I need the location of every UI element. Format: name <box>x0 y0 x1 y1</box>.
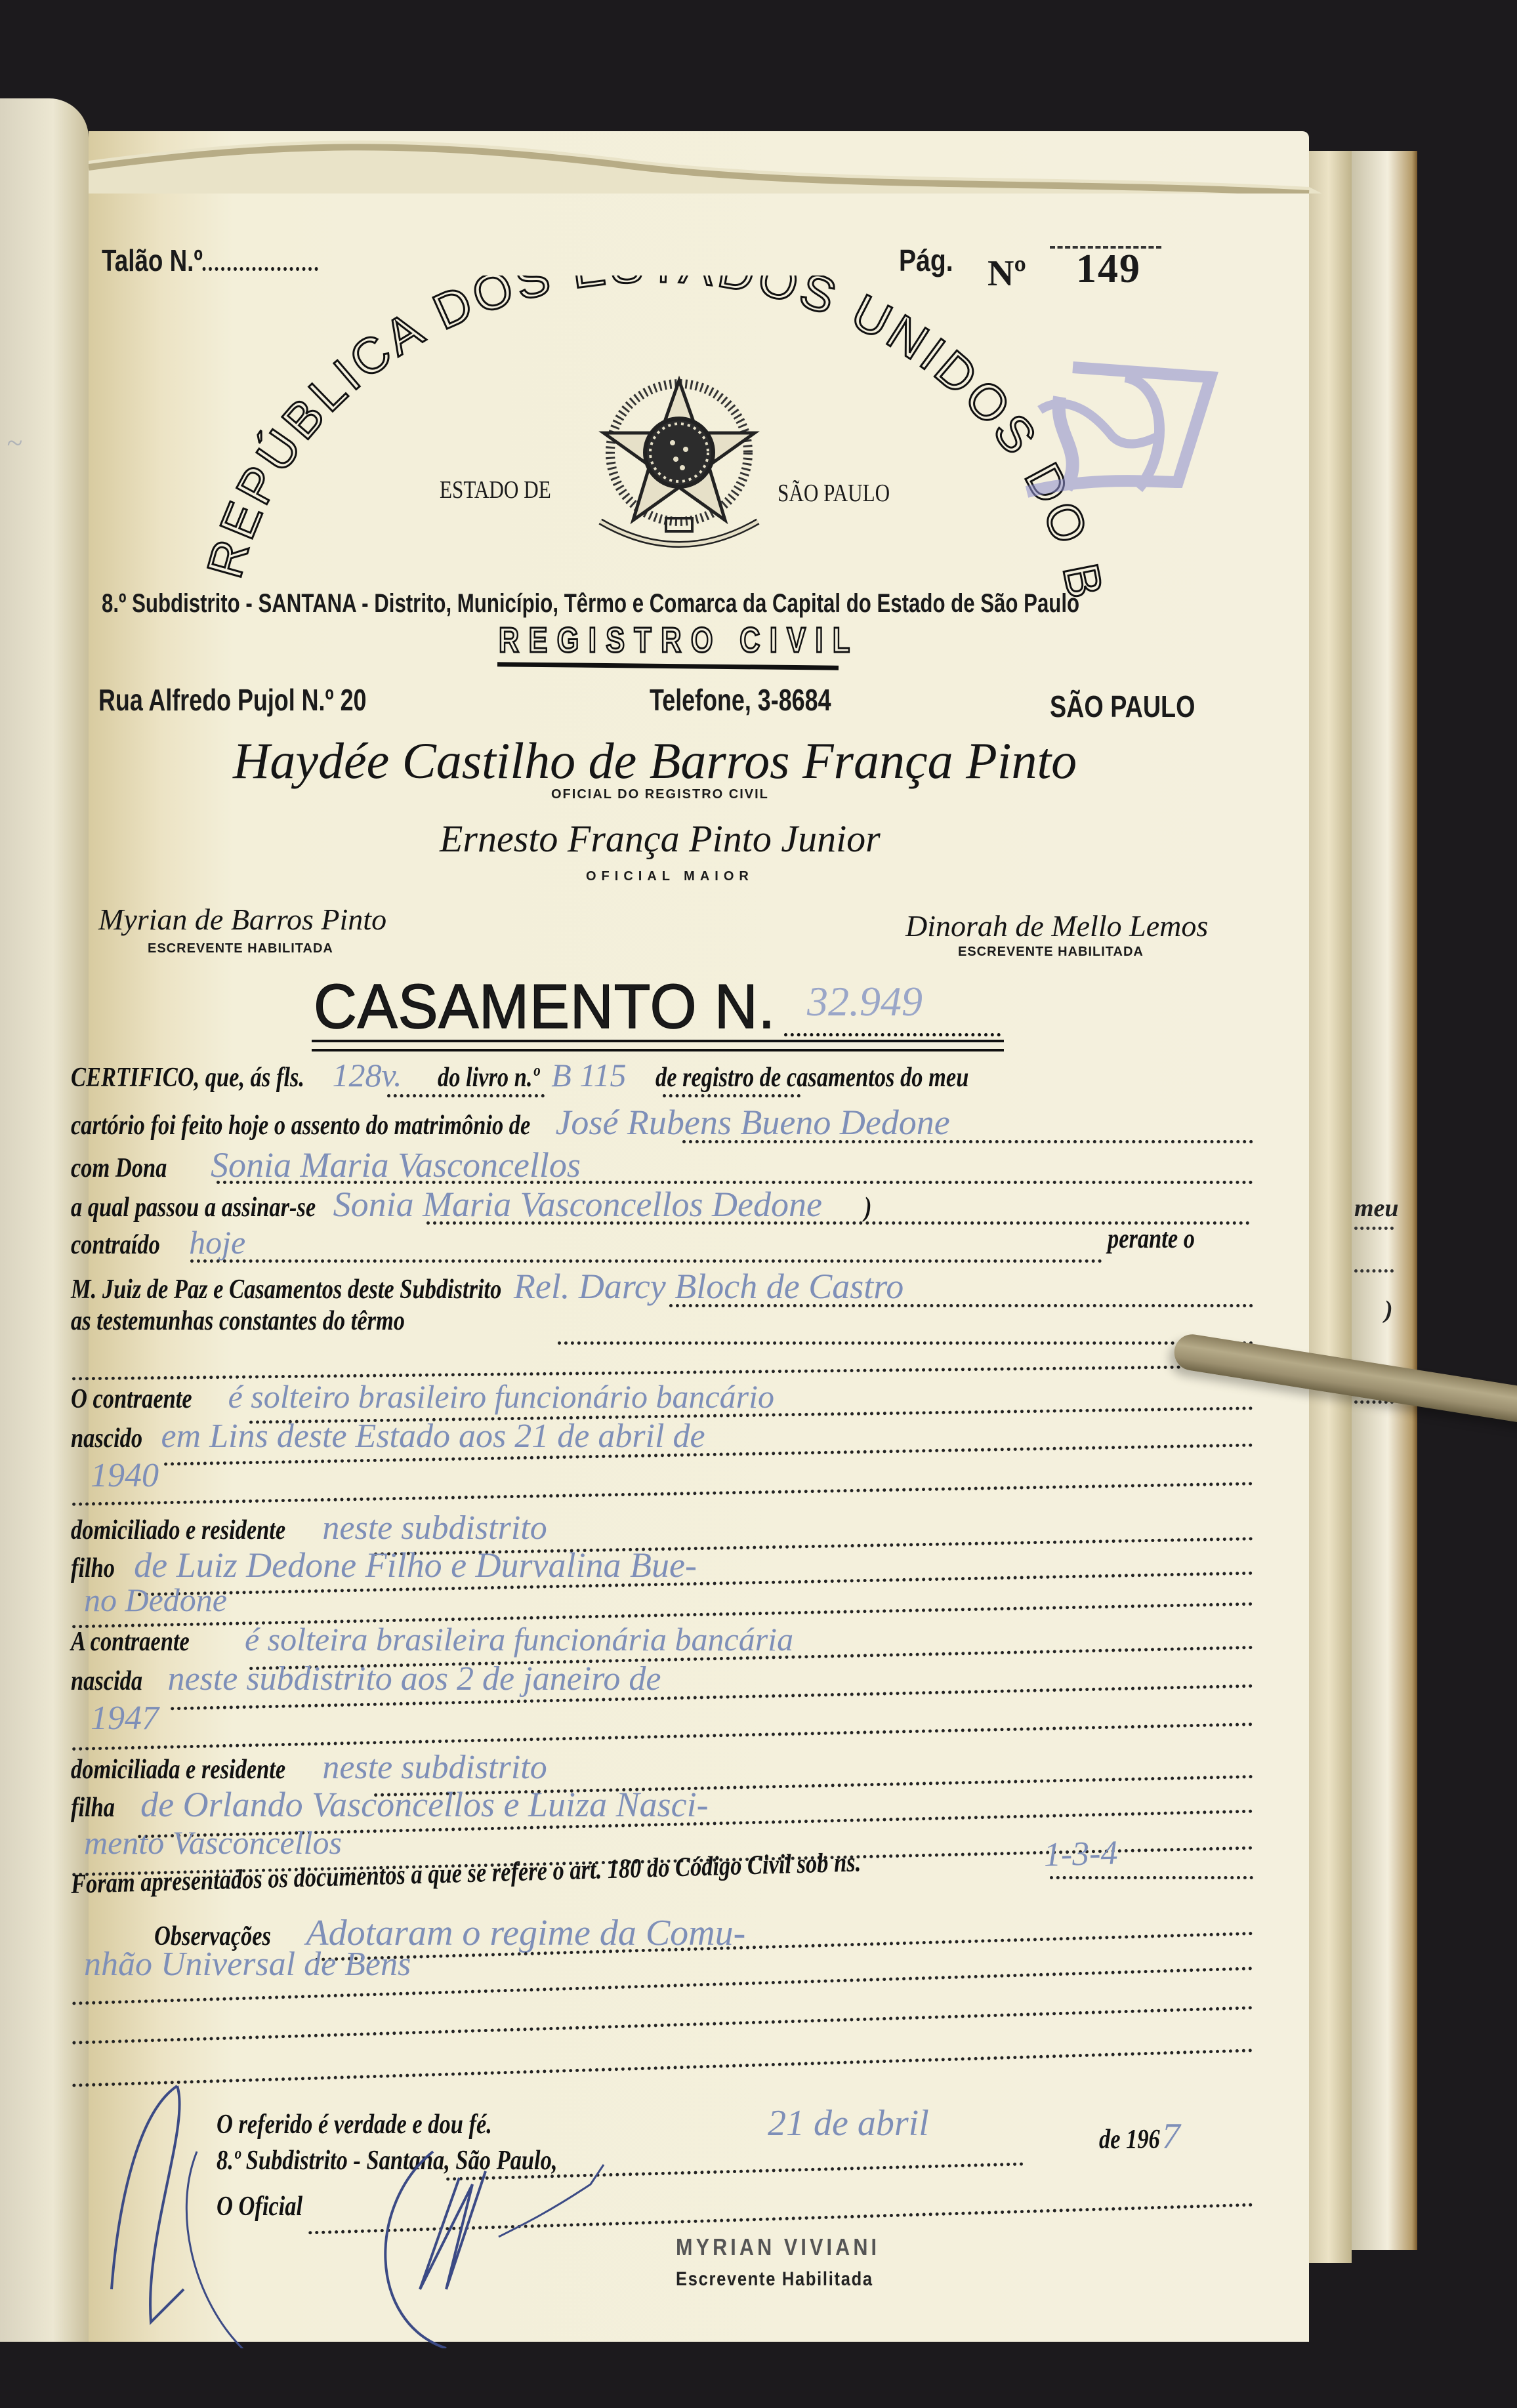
bride-parents-value: de Orlando Vasconcellos e Luiza Nasci- <box>140 1785 708 1824</box>
registro-civil-title: REGISTRO CIVIL <box>499 620 860 661</box>
fls-dotline <box>387 1094 545 1097</box>
oficial-maior-title: OFICIAL MAIOR <box>586 869 754 884</box>
nascida-label: nascida <box>71 1665 142 1697</box>
talao-dotline <box>203 267 318 271</box>
documentos-value: 1-3-4 <box>1043 1834 1118 1873</box>
subdistrito-header-line: 8.º Subdistrito - SANTANA - Distrito, Mu… <box>102 589 1079 619</box>
right-page-edge-inner <box>1306 151 1352 2263</box>
line-cartorio: cartório foi feito hoje o assento do mat… <box>71 1102 950 1141</box>
juiz-dotline <box>669 1304 1253 1307</box>
estado-de-label: ESTADO DE <box>440 476 551 504</box>
coat-of-arms-icon <box>594 371 764 561</box>
documentos-dotline <box>1050 1876 1253 1879</box>
adjacent-fragment: meu <box>1354 1194 1399 1223</box>
line-com-dona: com Dona Sonia Maria Vasconcellos <box>71 1145 581 1184</box>
line-date-value: 21 de abril <box>768 2102 929 2142</box>
bride-parents-cont-value: mento Vasconcellos <box>84 1824 342 1861</box>
line-certifico: CERTIFICO, que, ás fls. 128v. do livro n… <box>71 1056 1037 1095</box>
casamento-number: 32.949 <box>807 977 923 1026</box>
bride-birth-value: neste subdistrito aos 2 de janeiro de <box>167 1660 661 1698</box>
line-o-contraente: O contraente é solteiro brasileiro funci… <box>71 1377 774 1417</box>
line-groom-parents-cont: no Dedone <box>71 1581 227 1620</box>
line-groom-birth-year: 1940 <box>71 1456 159 1496</box>
livro-value: B 115 <box>551 1057 626 1093</box>
juiz-value: Rel. Darcy Bloch de Castro <box>514 1267 904 1306</box>
line-nascido: nascido em Lins deste Estado aos 21 de a… <box>71 1417 705 1456</box>
filho-label: filho <box>71 1553 115 1584</box>
com-dona-label: com Dona <box>71 1153 167 1184</box>
line-filho: filho de Luiz Dedone Filho e Durvalina B… <box>71 1545 697 1584</box>
groom-name-value: José Rubens Bueno Dedone <box>555 1103 949 1142</box>
line-nascida: nascida neste subdistrito aos 2 de janei… <box>71 1660 661 1699</box>
domiciliado-label: domiciliado e residente <box>71 1515 285 1546</box>
line-contraido: contraído hoje perante o <box>71 1223 245 1263</box>
registro-casamentos-label: de registro de casamentos do meu <box>655 1062 968 1093</box>
groom-birth-year-value: 1940 <box>91 1457 159 1494</box>
close-paren: ) <box>864 1192 871 1223</box>
adjacent-dots <box>1354 1227 1394 1230</box>
line-observacoes-cont: nhão Universal de Bens <box>71 1945 411 1984</box>
line-testemunhas: as testemunhas constantes do têrmo <box>71 1305 478 1345</box>
juiz-label: M. Juiz de Paz e Casamentos deste Subdis… <box>71 1274 501 1305</box>
escrevente-2-name: Dinorah de Mello Lemos <box>905 908 1208 943</box>
livro-dotline <box>663 1094 800 1097</box>
bride-status-value: é solteira brasileira funcionária bancár… <box>245 1621 793 1658</box>
telephone-label: Telefone, 3-8684 <box>650 682 831 718</box>
de-196-label: de 196 <box>1099 2124 1160 2155</box>
talao-field: Talão N.º <box>102 243 318 278</box>
line-domiciliada: domiciliada e residente neste subdistrit… <box>71 1748 547 1787</box>
casamento-double-rule <box>312 1040 1004 1051</box>
stamp-name: MYRIAN VIVIANI <box>676 2234 880 2261</box>
line-qual-passou: a qual passou a assinar-se Sonia Maria V… <box>71 1184 873 1223</box>
year-digit-value: 7 <box>1162 2116 1180 2157</box>
line-filha: filha de Orlando Vasconcellos e Luiza Na… <box>71 1784 709 1824</box>
bride-new-name-value: Sonia Maria Vasconcellos Dedone <box>333 1185 822 1224</box>
fls-value: 128v. <box>333 1057 402 1093</box>
groom-birth-value: em Lins deste Estado aos 21 de abril de <box>161 1418 705 1455</box>
date-value: 21 de abril <box>768 2103 929 2144</box>
bride-birth-year-value: 1947 <box>91 1700 159 1737</box>
address-label: Rua Alfredo Pujol N.º 20 <box>98 682 367 718</box>
bride-name-value: Sonia Maria Vasconcellos <box>211 1145 581 1185</box>
page-curl-edge <box>89 121 1322 194</box>
line-domiciliado: domiciliado e residente neste subdistrit… <box>71 1509 547 1548</box>
line-de-196: de 196 7 <box>1099 2115 1180 2155</box>
casamento-title: CASAMENTO N. <box>314 971 776 1043</box>
sao-paulo-header-label: SÃO PAULO <box>778 479 890 508</box>
domiciliada-label: domiciliada e residente <box>71 1754 285 1786</box>
handwritten-signatures <box>92 2073 682 2348</box>
purple-seal-stamp-icon <box>1014 357 1257 502</box>
oficial-title: OFICIAL DO REGISTRO CIVIL <box>551 787 769 802</box>
line-a-contraente: A contraente é solteira brasileira funci… <box>71 1620 793 1660</box>
groom-parents-cont-value: no Dedone <box>84 1582 227 1618</box>
escrevente-1-title: ESCREVENTE HABILITADA <box>148 941 333 956</box>
pag-label: Pág. <box>899 243 953 278</box>
escrevente-1-name: Myrian de Barros Pinto <box>98 902 386 937</box>
perante-label: perante o <box>1108 1223 1195 1255</box>
observacoes-cont-value: nhão Universal de Bens <box>84 1946 411 1983</box>
do-livro-label: do livro n.º <box>438 1062 539 1093</box>
groom-parents-value: de Luiz Dedone Filho e Durvalina Bue- <box>134 1545 697 1585</box>
escrevente-2-title: ESCREVENTE HABILITADA <box>958 945 1144 960</box>
groom-status-value: é solteiro brasileiro funcionário bancár… <box>228 1378 774 1415</box>
line-juiz: M. Juiz de Paz e Casamentos deste Subdis… <box>71 1266 904 1305</box>
oficial-maior-name: Ernesto França Pinto Junior <box>440 817 881 861</box>
oficial-name: Haydée Castilho de Barros França Pinto <box>233 731 1077 790</box>
groom-dotline <box>682 1140 1253 1143</box>
filha-label: filha <box>71 1792 115 1824</box>
contraido-label: contraído <box>71 1229 160 1261</box>
cartorio-label: cartório foi feito hoje o assento do mat… <box>71 1110 530 1141</box>
bride-residence-value: neste subdistrito <box>322 1749 547 1786</box>
o-contraente-label: O contraente <box>71 1383 192 1415</box>
line-bride-birth-year: 1947 <box>71 1699 159 1738</box>
testemunhas-dotline <box>558 1341 1253 1345</box>
groom-residence-value: neste subdistrito <box>322 1509 547 1547</box>
contraido-dotline <box>190 1259 1102 1263</box>
a-contraente-label: A contraente <box>71 1626 190 1658</box>
ghost-text: ~ <box>7 426 22 460</box>
stamp-role: Escrevente Habilitada <box>676 2268 873 2291</box>
qual-passou-label: a qual passou a assinar-se <box>71 1192 316 1223</box>
casamento-number-dotline <box>784 1033 1001 1036</box>
adjacent-dots <box>1354 1269 1394 1273</box>
testemunhas-label: as testemunhas constantes do têrmo <box>71 1305 405 1337</box>
contraido-value: hoje <box>189 1224 245 1261</box>
right-page-edge-outer: meu ) e o <box>1352 151 1417 2250</box>
certifico-label: CERTIFICO, que, ás fls. <box>71 1062 304 1093</box>
city-label: SÃO PAULO <box>1050 689 1195 724</box>
adjacent-fragment: ) <box>1384 1296 1393 1324</box>
nascido-label: nascido <box>71 1423 142 1454</box>
talao-label: Talão N.º <box>102 243 203 277</box>
